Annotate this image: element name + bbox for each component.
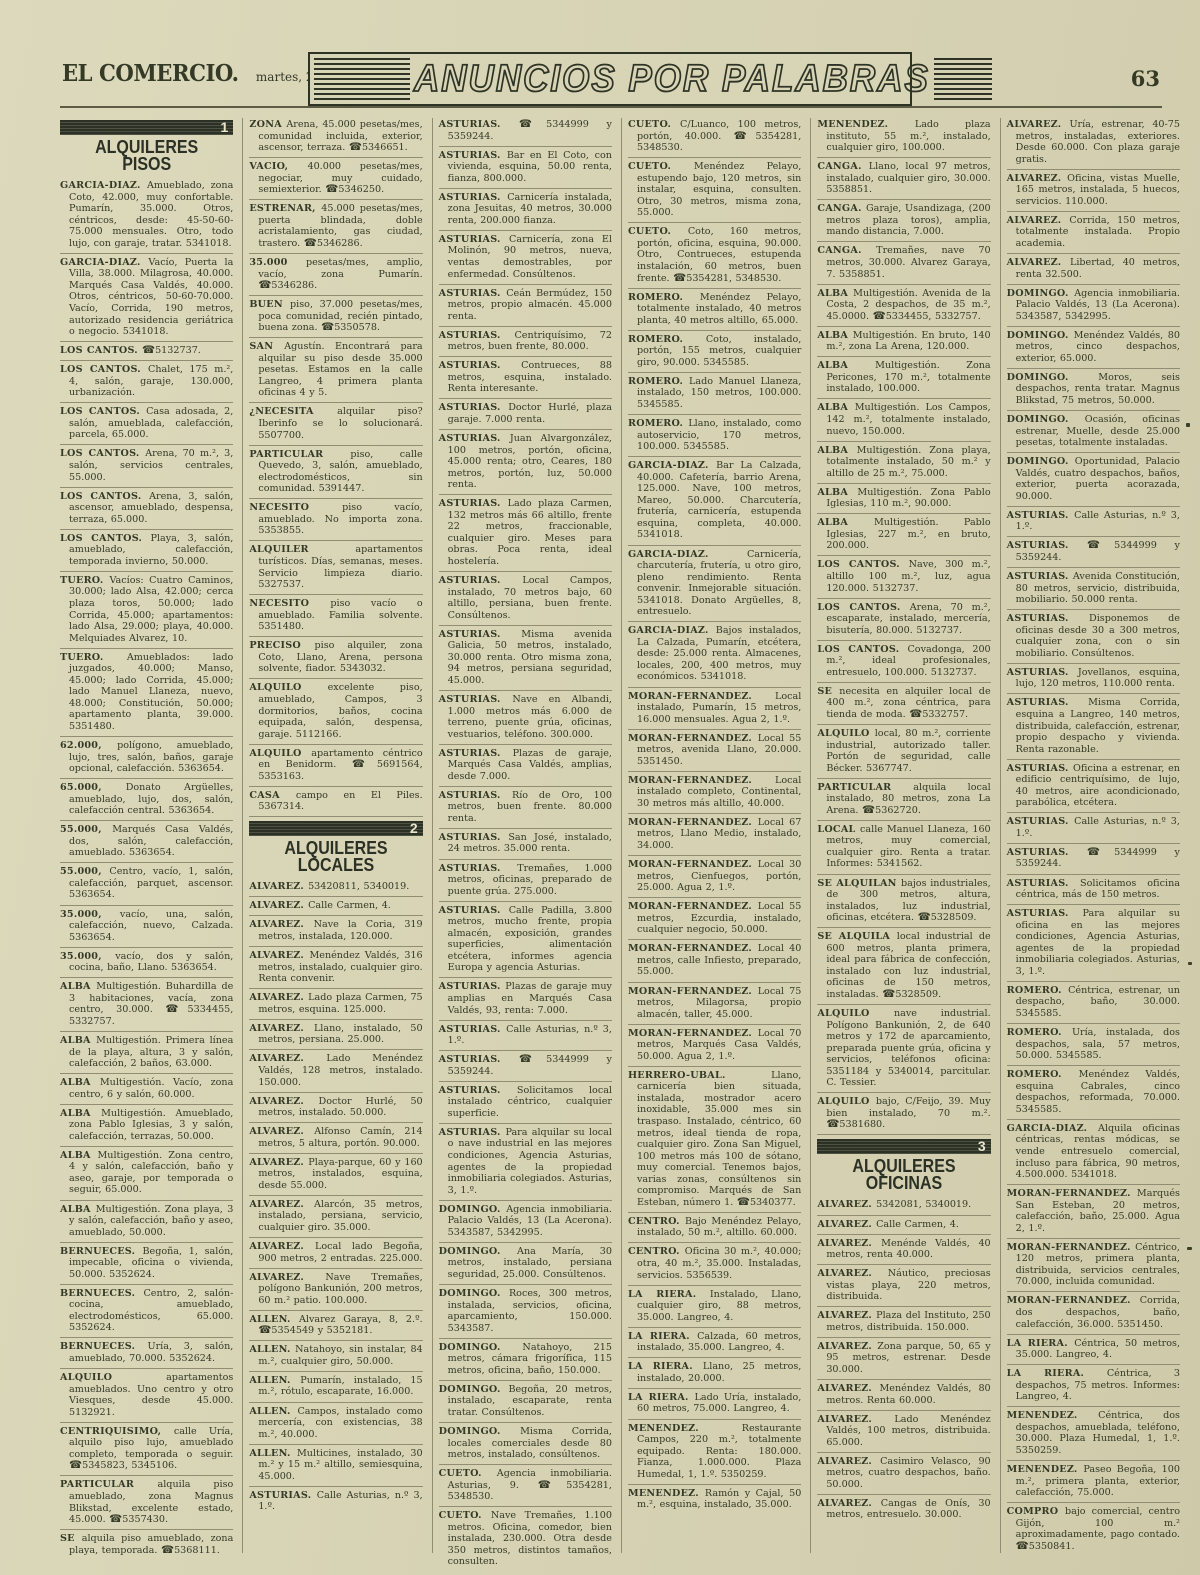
ad-lead: ASTURIAS. — [1007, 697, 1088, 708]
ad-lead: ALVAREZ. — [817, 1199, 876, 1210]
classified-ad: MORAN-FERNANDEZ. Corrida, dos despachos,… — [1007, 1292, 1180, 1334]
classified-ad: DOMINGO. Begoña, 20 metros, instalado, e… — [439, 1381, 612, 1423]
classifieds-grid: 1ALQUILERESPISOSGARCIA-DIAZ. Amueblado, … — [60, 116, 1182, 1571]
classified-ad: ALQUILO excelente piso, amueblado, Campo… — [249, 679, 422, 744]
ad-lead: MORAN-FERNANDEZ. — [628, 775, 775, 786]
classified-ad: ALVAREZ. Local lado Begoña, 900 metros, … — [249, 1238, 422, 1269]
classified-ad: ROMERO. Céntrica, estrenar, un despacho,… — [1007, 982, 1180, 1024]
ad-lead: ALBA — [817, 402, 854, 413]
section-number: 1 — [221, 120, 229, 135]
ad-lead: SE ALQUILA — [817, 931, 896, 942]
ad-lead: ALVAREZ. — [249, 1096, 318, 1107]
classified-ad: ALVAREZ. Alarcón, 35 metros, instalado, … — [249, 1196, 422, 1238]
phone-icon: ☎ — [258, 1324, 271, 1336]
classified-ad: DOMINGO. Agencia inmobiliaria. Palacio V… — [1007, 285, 1180, 327]
classified-ad: ASTURIAS. Oficina a estrenar, en edifici… — [1007, 760, 1180, 814]
ad-lead: ALVAREZ. — [249, 950, 309, 961]
ad-lead: ALVAREZ. — [1007, 119, 1070, 130]
phone-icon: ☎ — [352, 758, 377, 770]
ad-lead: ALVAREZ. — [1007, 173, 1067, 184]
ad-lead: ASTURIAS. — [439, 748, 513, 759]
classified-ad: ALVAREZ. Calle Carmen, 4. — [249, 897, 422, 916]
classified-ad: MENENDEZ. Lado plaza instituto, 55 m.², … — [817, 116, 990, 158]
banner-stripes-left-icon — [314, 58, 410, 100]
ad-lead: ROMERO. — [1007, 1069, 1079, 1080]
phone-icon: ☎ — [519, 1053, 546, 1065]
ad-lead: ASTURIAS. — [1007, 667, 1078, 678]
column-2: ZONA Arena, 45.000 pesetas/mes, comunida… — [249, 116, 424, 1571]
ad-lead: HERRERO-UBAL. — [628, 1070, 771, 1081]
phone-icon: ☎ — [519, 118, 546, 130]
classified-ad: DOMINGO. Ana María, 30 metros, instalado… — [439, 1243, 612, 1285]
classified-ad: ASTURIAS. Bar en El Coto, con vivienda, … — [439, 147, 612, 189]
classified-ad: ESTRENAR, 45.000 pesetas/mes, puerta bli… — [249, 200, 422, 254]
ad-lead: 65.000, — [60, 782, 126, 793]
classified-ad: ALBA Multigestión. Zona Pablo Iglesias, … — [817, 484, 990, 515]
phone-icon: ☎ — [258, 279, 271, 291]
classified-ad: BERNUECES. Begoña, 1, salón, impecable, … — [60, 1243, 233, 1285]
classified-ad: ALVAREZ. Menéndez Valdés, 80 metros. Ren… — [817, 1380, 990, 1411]
ad-lead: SE ALQUILAN — [817, 878, 901, 889]
classified-ad: MORAN-FERNANDEZ. Local instalado complet… — [628, 772, 801, 814]
phone-icon: ☎ — [826, 1118, 839, 1130]
ad-lead: TUERO. — [60, 575, 110, 586]
ad-lead: ALQUILO — [817, 1008, 894, 1019]
ad-lead: 35.000, — [60, 909, 120, 920]
ad-lead: ROMERO. — [628, 292, 700, 303]
classified-ad: ASTURIAS. ☎5344999 y 5359244. — [439, 1051, 612, 1082]
ad-lead: ALVAREZ. — [1007, 215, 1070, 226]
ad-lead: SAN — [249, 341, 284, 352]
ad-lead: ASTURIAS. — [439, 694, 513, 705]
section-number: 2 — [410, 821, 418, 836]
ad-lead: ALVAREZ. — [249, 1157, 308, 1168]
classified-ad: ALBA Multigestión. Pablo Iglesias, 227 m… — [817, 514, 990, 556]
classified-ad: ALVAREZ. Menéndez Valdés, 316 metros, in… — [249, 947, 422, 989]
ad-lead: TUERO. — [60, 652, 127, 663]
ad-lead: LOS CANTOS. — [60, 491, 149, 502]
ad-lead: LOS CANTOS. — [60, 448, 145, 459]
classified-ad: ALBA Multigestión. Avenida de la Costa, … — [817, 285, 990, 327]
ad-lead: ALQUILO — [817, 728, 874, 739]
ad-lead: ASTURIAS. — [439, 360, 522, 371]
classified-ad: ALVAREZ. Llano, instalado, 50 metros, pe… — [249, 1020, 422, 1051]
classified-ad: ALVAREZ. Calle Carmen, 4. — [817, 1216, 990, 1235]
classified-ad: CUETO. Coto, 160 metros, portón, oficina… — [628, 223, 801, 288]
classified-ad: SE alquila piso amueblado, zona playa, t… — [60, 1530, 233, 1560]
ad-lead: MORAN-FERNANDEZ. — [628, 817, 758, 828]
ad-lead: CUETO. — [439, 1468, 497, 1479]
classified-ad: ALVAREZ. Zona parque, 50, 65 y 95 metros… — [817, 1338, 990, 1380]
classified-ad: 35.000 pesetas/mes, amplio, vacío, zona … — [249, 254, 422, 296]
phone-icon: ☎ — [1087, 539, 1114, 551]
ad-lead: ALVAREZ. — [817, 1310, 876, 1321]
ad-lead: DOMINGO. — [439, 1426, 520, 1437]
ad-lead: ASTURIAS. — [439, 330, 515, 341]
classified-ad: LOS CANTOS. Arena, 70 m.², escaparate, i… — [817, 599, 990, 641]
ad-lead: MENENDEZ. — [1007, 1410, 1099, 1421]
classified-ad: DOMINGO. Ocasión, oficinas estrenar, Mue… — [1007, 411, 1180, 453]
ad-lead: CUETO. — [628, 119, 680, 130]
ad-lead: ESTRENAR, — [249, 203, 321, 214]
ad-lead: ALVAREZ. — [249, 1199, 314, 1210]
ad-lead: MORAN-FERNANDEZ. — [1007, 1295, 1140, 1306]
ad-lead: LOS CANTOS. — [817, 602, 909, 613]
classified-ad: CANGA. Llano, local 97 metros, instalado… — [817, 158, 990, 200]
classified-ad: ALVAREZ. Lado Menéndez Valdés, 128 metro… — [249, 1050, 422, 1092]
phone-icon: ☎ — [1016, 1540, 1029, 1552]
ad-lead: ALQUILO — [817, 1096, 876, 1107]
classified-ad: ASTURIAS. Contrueces, 88 metros, esquina… — [439, 357, 612, 399]
print-speck — [1188, 962, 1192, 965]
ad-lead: ZONA — [249, 119, 286, 130]
column-6: ALVAREZ. Uría, estrenar, 40-75 metros, i… — [1007, 116, 1182, 1571]
ad-lead: LA RIERA. — [1007, 1338, 1075, 1349]
ad-lead: ALQUILER — [249, 544, 355, 555]
ad-lead: LA RIERA. — [1007, 1368, 1107, 1379]
classified-ad: 35.000, vacío, una, salón, calefacción, … — [60, 906, 233, 948]
classified-ad: ALQUILO local, 80 m.², corriente industr… — [817, 725, 990, 779]
classified-ad: MORAN-FERNANDEZ. Local 55 metros, avenid… — [628, 730, 801, 772]
ad-lead: GARCIA-DIAZ. — [1007, 1123, 1098, 1134]
classified-ad: COMPRO bajo comercial, centro Gijón, 100… — [1007, 1503, 1180, 1556]
classified-ad: 35.000, vacío, dos y salón, cocina, baño… — [60, 948, 233, 979]
ad-lead: GARCIA-DIAZ. — [60, 180, 147, 191]
ad-lead: ASTURIAS. — [1007, 878, 1080, 889]
classified-ad: TUERO. Amueblados: lado juzgados, 40.000… — [60, 649, 233, 737]
ad-lead: ALBA — [817, 330, 852, 341]
classified-ad: GARCIA-DIAZ. Carnicería, charcutería, fr… — [628, 546, 801, 623]
phone-icon: ☎ — [882, 988, 895, 1000]
ad-lead: MORAN-FERNANDEZ. — [628, 691, 775, 702]
classified-ad: ALVAREZ. Libertad, 40 metros, renta 32.5… — [1007, 254, 1180, 285]
classified-ad: ALBA Multigestión. En bruto, 140 m.², zo… — [817, 327, 990, 358]
ad-lead: CANGA. — [817, 245, 876, 256]
classified-ad: ASTURIAS. Ceán Bermúdez, 150 metros, pro… — [439, 285, 612, 327]
ad-lead: ASTURIAS. — [1007, 510, 1074, 521]
ad-lead: ASTURIAS. — [1007, 613, 1089, 624]
classified-ad: LA RIERA. Céntrica, 50 metros, 35.000. L… — [1007, 1335, 1180, 1366]
ad-lead: BERNUECES. — [60, 1341, 147, 1352]
ad-lead: MORAN-FERNANDEZ. — [628, 986, 758, 997]
classified-ad: 65.000, Donato Argüelles, amueblado, luj… — [60, 779, 233, 821]
classified-ad: ALBA Multigestión. Primera línea de la p… — [60, 1032, 233, 1074]
ad-lead: MORAN-FERNANDEZ. — [628, 943, 758, 954]
classified-ad: ALBA Multigestión. Amueblado, zona Pablo… — [60, 1105, 233, 1147]
ad-lead: MORAN-FERNANDEZ. — [1007, 1242, 1135, 1253]
classified-ad: ASTURIAS. Nave en Albandi, 1.000 metros … — [439, 691, 612, 745]
ad-lead: ASTURIAS. — [1007, 763, 1073, 774]
ad-lead: ASTURIAS. — [1007, 847, 1087, 858]
classified-ad: DOMINGO. Menéndez Valdés, 80 metros, cin… — [1007, 327, 1180, 369]
ad-lead: MENENDEZ. — [628, 1488, 705, 1499]
column-5: MENENDEZ. Lado plaza instituto, 55 m.², … — [817, 116, 992, 1571]
ad-lead: ALVAREZ. — [817, 1219, 876, 1230]
classified-ad: GARCIA-DIAZ. Bajos instalados, La Calzad… — [628, 622, 801, 687]
ad-lead: LA RIERA. — [628, 1289, 710, 1300]
ad-lead: DOMINGO. — [1007, 330, 1074, 341]
classified-ad: LOS CANTOS. ☎5132737. — [60, 342, 233, 361]
ad-lead: MORAN-FERNANDEZ. — [1007, 1188, 1137, 1199]
ad-lead: CENTRO. — [628, 1246, 685, 1257]
classified-ad: ALVAREZ. Doctor Hurlé, 50 metros, instal… — [249, 1093, 422, 1124]
ad-lead: ALVAREZ. — [817, 1456, 880, 1467]
classified-ad: LA RIERA. Calzada, 60 metros, instalado,… — [628, 1328, 801, 1359]
classified-ad: ASTURIAS. Calle Asturias, n.º 3, 1.º. — [439, 1021, 612, 1052]
ad-lead: LA RIERA. — [628, 1361, 703, 1372]
classified-ad: ALQUILO apartamento céntrico en Benidorm… — [249, 745, 422, 787]
ad-lead: ALQUILO — [249, 682, 327, 693]
classified-ad: NECESITO piso vacío, amueblado. No impor… — [249, 499, 422, 541]
section-header-3: 3ALQUILERESOFICINAS — [817, 1135, 990, 1196]
ad-lead: ASTURIAS. — [439, 402, 509, 413]
phone-icon: ☎ — [918, 911, 931, 923]
ad-lead: SE — [817, 686, 839, 697]
phone-icon: ☎ — [142, 344, 155, 356]
classified-ad: ASTURIAS. ☎5344999 y 5359244. — [1007, 537, 1180, 568]
classified-ad: ROMERO. Menéndez Pelayo, totalmente inst… — [628, 289, 801, 331]
phone-icon: ☎ — [737, 1196, 750, 1208]
classified-ad: DOMINGO. Agencia inmobiliaria. Palacio V… — [439, 1201, 612, 1243]
classified-ad: BERNUECES. Uría, 3, salón, amueblado, 70… — [60, 1338, 233, 1369]
classified-ad: ALLEN. Campos, instalado como mercería, … — [249, 1403, 422, 1445]
ad-lead: LOS CANTOS. — [60, 533, 150, 544]
classified-ad: ROMERO. Llano, instalado, como autoservi… — [628, 415, 801, 457]
ad-lead: ALVAREZ. — [249, 992, 308, 1003]
phone-icon: ☎ — [69, 1459, 82, 1471]
classified-ad: ASTURIAS. Local Campos, instalado, 70 me… — [439, 572, 612, 626]
ad-lead: SE — [60, 1533, 82, 1544]
classified-ad: VACIO, 40.000 pesetas/mes, negociar, muy… — [249, 158, 422, 200]
ad-lead: ASTURIAS. — [1007, 571, 1073, 582]
ad-lead: PARTICULAR — [60, 1479, 158, 1490]
ad-lead: CUETO. — [439, 1510, 491, 1521]
classified-ad: SAN Agustín. Encontrará para alquilar su… — [249, 338, 422, 403]
classified-ad: ROMERO. Lado Manuel Llaneza, instalado, … — [628, 373, 801, 415]
ad-lead: GARCIA-DIAZ. — [60, 257, 148, 268]
ad-lead: ALVAREZ. — [249, 1023, 314, 1034]
phone-icon: ☎ — [873, 310, 886, 322]
classified-ad: ALBA Multigestión. Zona playa, totalment… — [817, 442, 990, 484]
section-header-1: 1ALQUILERESPISOS — [60, 116, 233, 177]
classified-ad: ALLEN. Pumarín, instalado, 15 m.², rótul… — [249, 1372, 422, 1403]
classified-ad: LOCAL calle Manuel Llaneza, 160 metros, … — [817, 821, 990, 875]
ad-lead: ALVAREZ. — [817, 1268, 887, 1279]
ad-lead: 35.000, — [60, 951, 115, 962]
ad-lead: LOS CANTOS. — [817, 559, 908, 570]
classified-ad: MENENDEZ. Ramón y Cajal, 50 m.², esquina… — [628, 1485, 801, 1515]
classified-ad: ALVAREZ. 53420811, 5340019. — [249, 878, 422, 897]
ad-lead: DOMINGO. — [1007, 414, 1085, 425]
ad-lead: CASA — [249, 790, 296, 801]
ad-lead: PARTICULAR — [817, 782, 913, 793]
header-rule — [60, 106, 1162, 108]
section-number: 3 — [978, 1139, 986, 1154]
ad-lead: ALBA — [60, 1077, 100, 1088]
classified-ad: BERNUECES. Centro, 2, salón-cocina, amue… — [60, 1285, 233, 1339]
ad-lead: ALBA — [817, 517, 874, 528]
ad-lead: ASTURIAS. — [439, 150, 507, 161]
classified-ad: ASTURIAS. Jovellanos, esquina, lujo, 120… — [1007, 664, 1180, 695]
ad-lead: LOS CANTOS. — [60, 345, 142, 356]
ad-lead: ALVAREZ. — [249, 1126, 314, 1137]
classified-ad: NECESITO piso vacío o amueblado. Familia… — [249, 595, 422, 637]
classified-ad: CANGA. Garaje, Usandizaga, (200 metros p… — [817, 200, 990, 242]
ad-lead: ALVAREZ. — [817, 1498, 880, 1509]
ad-lead: ALLEN. — [249, 1406, 297, 1417]
ad-lead: ALVAREZ. — [817, 1238, 881, 1249]
classified-ad: CUETO. Nave Tremañes, 1.100 metros. Ofic… — [439, 1507, 612, 1571]
phone-icon: ☎ — [161, 1544, 174, 1556]
classified-ad: CUETO. Agencia inmobiliaria. Asturias, 9… — [439, 1465, 612, 1507]
classified-ad: ¿NECESITA alquilar piso? Iberinfo se lo … — [249, 403, 422, 445]
column-3: ASTURIAS. ☎5344999 y 5359244.ASTURIAS. B… — [439, 116, 614, 1571]
classified-ad: ALQUILO bajo, C/Feijo, 39. Muy bien inst… — [817, 1093, 990, 1135]
classified-ad: ALVAREZ. Menénde Valdés, 40 metros, rent… — [817, 1235, 990, 1266]
ad-lead: ALVAREZ. — [249, 1272, 325, 1283]
classified-ad: MENENDEZ. Paseo Begoña, 100 m.², primera… — [1007, 1461, 1180, 1503]
classified-ad: ALQUILO nave industrial. Polígono Bankun… — [817, 1005, 990, 1093]
ad-lead: ASTURIAS. — [439, 1085, 517, 1096]
ad-lead: ALBA — [60, 1150, 97, 1161]
classified-ad: ASTURIAS. Calle Asturias, n.º 3, 1.º. — [1007, 813, 1180, 844]
ad-lead: 62.000, — [60, 740, 117, 751]
ad-lead: ALVAREZ. — [817, 1383, 879, 1394]
classified-ad: ALBA Multigestión. Zona playa, 3 y salón… — [60, 1201, 233, 1243]
section-number-bar: 2 — [249, 821, 422, 836]
classified-ad: LOS CANTOS. Covadonga, 200 m.², ideal pr… — [817, 641, 990, 683]
classified-ad: ASTURIAS. Carnicería instalada, zona Jes… — [439, 189, 612, 231]
ad-lead: MENENDEZ. — [628, 1423, 742, 1434]
classified-ad: ALVAREZ. Nave Tremañes, polígono Bankuni… — [249, 1269, 422, 1311]
classified-ad: ALVAREZ. Oficina, vistas Muelle, 165 met… — [1007, 170, 1180, 212]
classified-ad: ALBA Multigestión. Zona centro, 4 y saló… — [60, 1147, 233, 1201]
ad-lead: ASTURIAS. — [439, 288, 507, 299]
ad-lead: ASTURIAS. — [439, 1127, 506, 1138]
classified-ad: MORAN-FERNANDEZ. Local 55 metros, Ezcurd… — [628, 898, 801, 940]
classified-ad: MORAN-FERNANDEZ. Local 30 metros, Cienfu… — [628, 856, 801, 898]
classified-ad: LOS CANTOS. Playa, 3, salón, amueblado, … — [60, 530, 233, 572]
classified-ad: MORAN-FERNANDEZ. Céntrico, 120 metros, p… — [1007, 1239, 1180, 1293]
classified-ad: ASTURIAS. San José, instalado, 24 metros… — [439, 829, 612, 860]
ad-lead: BERNUECES. — [60, 1246, 142, 1257]
classified-ad: ASTURIAS. Lado plaza Carmen, 132 metros … — [439, 495, 612, 572]
classified-ad: LOS CANTOS. Casa adosada, 2, salón, amue… — [60, 403, 233, 445]
ad-lead: LA RIERA. — [628, 1331, 697, 1342]
ad-lead: GARCIA-DIAZ. — [628, 625, 716, 636]
classified-ad: ASTURIAS. ☎5344999 y 5359244. — [1007, 844, 1180, 875]
classified-ad: ALVAREZ. Lado Menéndez Valdés, 100 metro… — [817, 1411, 990, 1453]
classified-ad: CENTRO. Oficina 30 m.², 40.000; otra, 40… — [628, 1243, 801, 1285]
classified-ad: MORAN-FERNANDEZ. Local 67 metros, Llano … — [628, 814, 801, 856]
classified-ad: LOS CANTOS. Nave, 300 m.², altillo 100 m… — [817, 556, 990, 598]
section-banner: ANUNCIOS POR PALABRAS — [308, 52, 912, 106]
classified-ad: ASTURIAS. Centriquísimo, 72 metros, buen… — [439, 327, 612, 358]
ad-lead: ALVAREZ. — [249, 881, 308, 892]
ad-lead: ALVAREZ. — [249, 1053, 326, 1064]
ad-lead: DOMINGO. — [1007, 456, 1075, 467]
ad-lead: LOS CANTOS. — [817, 644, 907, 655]
ad-lead: ASTURIAS. — [439, 629, 522, 640]
column-4: CUETO. C/Luanco, 100 metros, portón, 40.… — [628, 116, 803, 1571]
phone-icon: ☎ — [325, 183, 338, 195]
section-title-line2: LOCALES — [249, 857, 422, 876]
ad-lead: ALVAREZ. — [249, 900, 308, 911]
ad-lead: MENENDEZ. — [817, 119, 915, 130]
ad-lead: ASTURIAS. — [439, 790, 512, 801]
classified-ad: ASTURIAS. Para alquilar su oficina en la… — [1007, 905, 1180, 982]
classified-ad: ASTURIAS. Carnicería, zona El Molinón, 9… — [439, 231, 612, 285]
ad-lead: ALLEN. — [249, 1448, 297, 1459]
ad-lead: ALLEN. — [249, 1344, 295, 1355]
ad-lead: ALQUILO — [249, 748, 311, 759]
ad-lead: ALBA — [60, 1108, 101, 1119]
ad-lead: ROMERO. — [1007, 1027, 1072, 1038]
classified-ad: ALVAREZ. Plaza del Instituto, 250 metros… — [817, 1307, 990, 1338]
classified-ad: ALVAREZ. Uría, estrenar, 40-75 metros, i… — [1007, 116, 1180, 170]
ad-lead: LA RIERA. — [628, 1392, 695, 1403]
classified-ad: DOMINGO. Moros, seis despachos, renta tr… — [1007, 369, 1180, 411]
phone-icon: ☎ — [673, 272, 686, 284]
classified-ad: GARCIA-DIAZ. Amueblado, zona Coto, 42.00… — [60, 177, 233, 254]
classified-ad: ASTURIAS. Tremañes, 1.000 metros, oficin… — [439, 860, 612, 902]
ad-lead: CANGA. — [817, 203, 866, 214]
classified-ad: DOMINGO. Natahoyo, 215 metros, cámara fr… — [439, 1339, 612, 1381]
ad-lead: ASTURIAS. — [1007, 540, 1087, 551]
classified-ad: ALBA Multigestión. Vacío, zona centro, 6… — [60, 1074, 233, 1105]
classified-ad: ROMERO. Menéndez Valdés, esquina Cabrale… — [1007, 1066, 1180, 1120]
classified-ad: 55.000, Marqués Casa Valdés, dos, salón,… — [60, 821, 233, 863]
classified-ad: ALQUILER apartamentos turísticos. Días, … — [249, 541, 422, 595]
ad-lead: ALBA — [60, 1204, 96, 1215]
ad-lead: ASTURIAS. — [439, 832, 509, 843]
section-title-line2: PISOS — [60, 156, 233, 175]
classified-ad: MENENDEZ. Restaurante Campos, 220 m.², t… — [628, 1420, 801, 1485]
ad-lead: NECESITO — [249, 598, 330, 609]
phone-icon: ☎ — [1087, 846, 1114, 858]
classified-ad: ALBA Multigestión. Los Campos, 142 m.², … — [817, 399, 990, 441]
section-title-line2: OFICINAS — [817, 1175, 990, 1194]
classified-ad: MORAN-FERNANDEZ. Marqués San Esteban, 20… — [1007, 1185, 1180, 1239]
ad-lead: ALLEN. — [249, 1314, 299, 1325]
ad-lead: PRECISO — [249, 640, 314, 651]
column-1: 1ALQUILERESPISOSGARCIA-DIAZ. Amueblado, … — [60, 116, 235, 1571]
ad-lead: MORAN-FERNANDEZ. — [628, 1028, 758, 1039]
ad-lead: GARCIA-DIAZ. — [628, 549, 747, 560]
classified-ad: BUEN piso, 37.000 pesetas/mes, poca comu… — [249, 296, 422, 338]
ad-lead: DOMINGO. — [439, 1204, 507, 1215]
classified-ad: ALVAREZ. 5342081, 5340019. — [817, 1196, 990, 1215]
ad-lead: DOMINGO. — [439, 1288, 509, 1299]
classified-ad: MORAN-FERNANDEZ. Local 70 metros, Marqué… — [628, 1025, 801, 1067]
classified-ad: ASTURIAS. Doctor Hurlé, plaza garaje. 7.… — [439, 399, 612, 430]
classified-ad: PARTICULAR piso, calle Quevedo, 3, salón… — [249, 446, 422, 500]
ad-lead: MORAN-FERNANDEZ. — [628, 733, 758, 744]
ad-lead: NECESITO — [249, 502, 342, 513]
classified-ad: ALVAREZ. Náutico, preciosas vistas playa… — [817, 1265, 990, 1307]
classified-ad: 55.000, Centro, vacío, 1, salón, calefac… — [60, 863, 233, 905]
classified-ad: ASTURIAS. Avenida Constitución, 80 metro… — [1007, 568, 1180, 610]
ad-lead: CUETO. — [628, 226, 688, 237]
ad-lead: ASTURIAS. — [439, 192, 508, 203]
classified-ad: LA RIERA. Instalado, Llano, cualquier gi… — [628, 1286, 801, 1328]
newspaper-masthead: EL COMERCIO. — [62, 60, 239, 87]
ad-lead: ASTURIAS. — [439, 905, 509, 916]
phone-icon: ☎ — [909, 708, 922, 720]
ad-lead: MENENDEZ. — [1007, 1464, 1084, 1475]
classified-ad: ASTURIAS. Calle Asturias, n.º 3, 1.º. — [1007, 507, 1180, 538]
page-number: 63 — [1131, 66, 1160, 91]
